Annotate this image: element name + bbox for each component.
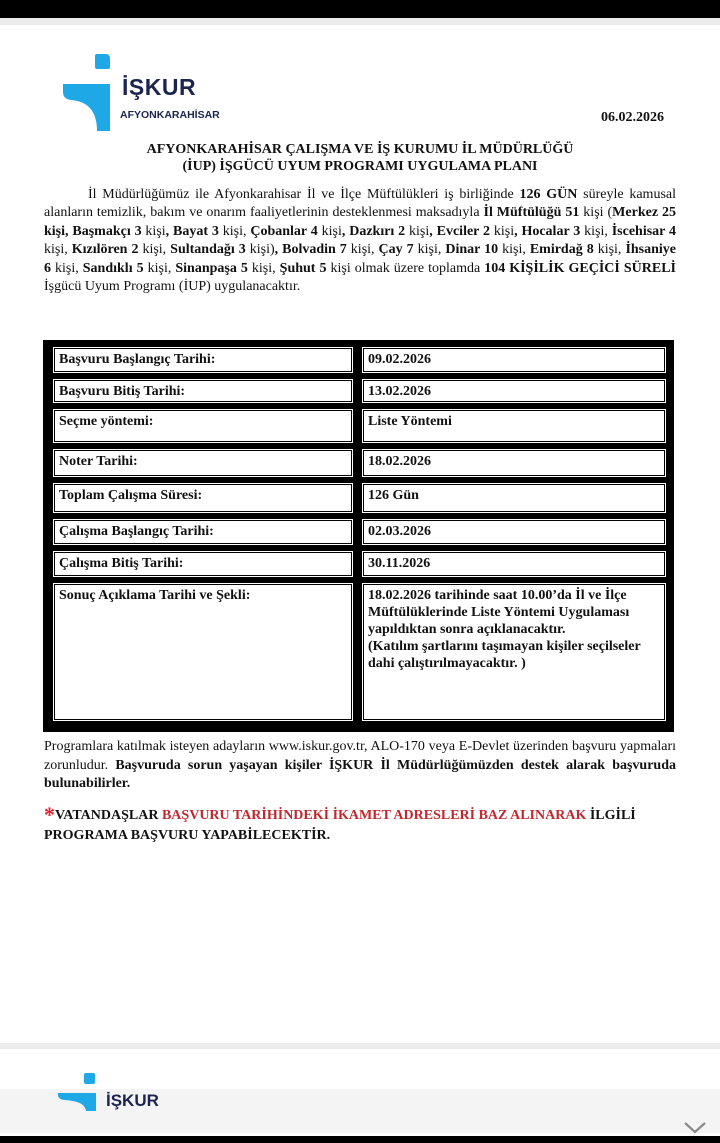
text: kişi xyxy=(490,224,514,239)
text: kişi) xyxy=(246,242,275,257)
row-label: Sonuç Açıklama Tarihi ve Şekli: xyxy=(52,582,354,722)
bold-text: , Dazkırı 2 xyxy=(342,224,405,239)
text: kişi, xyxy=(594,242,626,257)
bold-text: İl Müftülüğü 51 xyxy=(484,205,580,220)
bold-text: , Bolvadin 7 xyxy=(275,242,347,257)
text: kişi, xyxy=(219,224,250,239)
text: kişi xyxy=(318,224,342,239)
title-line-2: (İUP) İŞGÜCÜ UYUM PROGRAMI UYGULAMA PLAN… xyxy=(0,158,720,175)
intro-paragraph: İl Müdürlüğümüz ile Afyonkarahisar İl ve… xyxy=(44,186,676,296)
text: kişi xyxy=(142,224,166,239)
text: kişi xyxy=(405,224,429,239)
bold-text: 104 KİŞİLİK GEÇİCİ SÜRELİ xyxy=(484,261,676,276)
next-page: İŞKUR xyxy=(0,1049,720,1143)
document-title: AFYONKARAHİSAR ÇALIŞMA VE İŞ KURUMU İL M… xyxy=(0,141,720,175)
title-line-1: AFYONKARAHİSAR ÇALIŞMA VE İŞ KURUMU İL M… xyxy=(0,141,720,158)
text: kişi, xyxy=(248,261,280,276)
table-row: Noter Tarihi:18.02.2026 xyxy=(50,448,669,478)
table-row: Toplam Çalışma Süresi:126 Gün xyxy=(50,482,669,514)
text: kişi, xyxy=(580,224,611,239)
text: kişi olmak üzere toplamda xyxy=(326,261,484,276)
row-value: 30.11.2026 xyxy=(361,550,667,578)
text: kişi, xyxy=(498,242,530,257)
notice-highlight: BAŞVURU TARİHİNDEKİ İKAMET ADRESLERİ BAZ… xyxy=(162,808,586,823)
row-value: 09.02.2026 xyxy=(361,346,667,374)
text: kişi, xyxy=(347,242,379,257)
row-label: Çalışma Başlangıç Tarihi: xyxy=(52,518,354,546)
table-row: Başvuru Başlangıç Tarihi:09.02.2026 xyxy=(50,346,669,374)
row-value: 18.02.2026 tarihinde saat 10.00’da İl ve… xyxy=(361,582,667,722)
row-label: Toplam Çalışma Süresi: xyxy=(52,482,354,514)
program-details-table: Başvuru Başlangıç Tarihi:09.02.2026Başvu… xyxy=(43,340,674,732)
document-date: 06.02.2026 xyxy=(601,110,664,126)
logo-hook-icon xyxy=(58,1093,96,1111)
text: İl Müdürlüğümüz ile Afyonkarahisar İl ve… xyxy=(88,187,520,202)
bold-text: , Bayat 3 xyxy=(166,224,219,239)
asterisk-icon: * xyxy=(44,802,55,827)
row-value: 02.03.2026 xyxy=(361,518,667,546)
residence-notice: *VATANDAŞLAR BAŞVURU TARİHİNDEKİ İKAMET … xyxy=(44,805,676,846)
logo-city: AFYONKARAHİSAR xyxy=(120,109,220,121)
logo-brand: İŞKUR xyxy=(106,1091,159,1111)
bold-text: , Evciler 2 xyxy=(429,224,490,239)
table-row: Sonuç Açıklama Tarihi ve Şekli:18.02.202… xyxy=(50,582,669,722)
bold-text: Şuhut 5 xyxy=(280,261,327,276)
row-label: Başvuru Bitiş Tarihi: xyxy=(52,378,354,404)
table-row: Çalışma Başlangıç Tarihi:02.03.2026 xyxy=(50,518,669,546)
application-info-paragraph: Programlara katılmak isteyen adayların w… xyxy=(44,738,676,794)
bold-text: Çobanlar 4 xyxy=(250,224,317,239)
bold-text: Sandıklı 5 xyxy=(83,261,144,276)
notice-part-1: VATANDAŞLAR xyxy=(55,808,162,823)
row-value: 126 Gün xyxy=(361,482,667,514)
navigation-bar xyxy=(0,1136,720,1143)
bold-text: 126 GÜN xyxy=(520,187,578,202)
row-value: 13.02.2026 xyxy=(361,378,667,404)
row-label: Başvuru Başlangıç Tarihi: xyxy=(52,346,354,374)
text: kişi, xyxy=(44,242,72,257)
bold-text: Başvuruda sorun yaşayan kişiler İŞKUR İl… xyxy=(44,758,676,792)
page-separator xyxy=(0,18,720,25)
bold-text: , Hocalar 3 xyxy=(514,224,580,239)
iskur-logo: İŞKUR AFYONKARAHİSAR xyxy=(62,54,232,134)
bold-text: İscehisar 4 xyxy=(612,224,676,239)
bold-text: Sinanpaşa 5 xyxy=(175,261,248,276)
row-value: 18.02.2026 xyxy=(361,448,667,478)
logo-brand: İŞKUR xyxy=(122,74,196,101)
bold-text: Kızılören 2 xyxy=(72,242,139,257)
row-label: Çalışma Bitiş Tarihi: xyxy=(52,550,354,578)
logo-dot-icon xyxy=(84,1073,95,1084)
table-row: Seçme yöntemi:Liste Yöntemi xyxy=(50,408,669,444)
bold-text: Dinar 10 xyxy=(445,242,498,257)
text: kişi, xyxy=(414,242,446,257)
row-value: Liste Yöntemi xyxy=(361,408,667,444)
bold-text: Sultandağı 3 xyxy=(170,242,246,257)
text: kişi, xyxy=(138,242,170,257)
row-label: Seçme yöntemi: xyxy=(52,408,354,444)
bold-text: Çay 7 xyxy=(379,242,414,257)
text: kişi, xyxy=(51,261,83,276)
logo-dot-icon xyxy=(95,54,110,69)
text: kişi ( xyxy=(579,205,612,220)
iskur-logo-footer: İŞKUR xyxy=(58,1073,188,1113)
row-label: Noter Tarihi: xyxy=(52,448,354,478)
text: kişi, xyxy=(144,261,176,276)
status-bar xyxy=(0,0,720,18)
bold-text: Emirdağ 8 xyxy=(530,242,594,257)
table-row: Başvuru Bitiş Tarihi:13.02.2026 xyxy=(50,378,669,404)
chevron-down-icon[interactable] xyxy=(684,1122,706,1134)
table-row: Çalışma Bitiş Tarihi:30.11.2026 xyxy=(50,550,669,578)
logo-hook-icon xyxy=(63,84,110,131)
text: İşgücü Uyum Programı (İUP) uygulanacaktı… xyxy=(44,279,300,294)
